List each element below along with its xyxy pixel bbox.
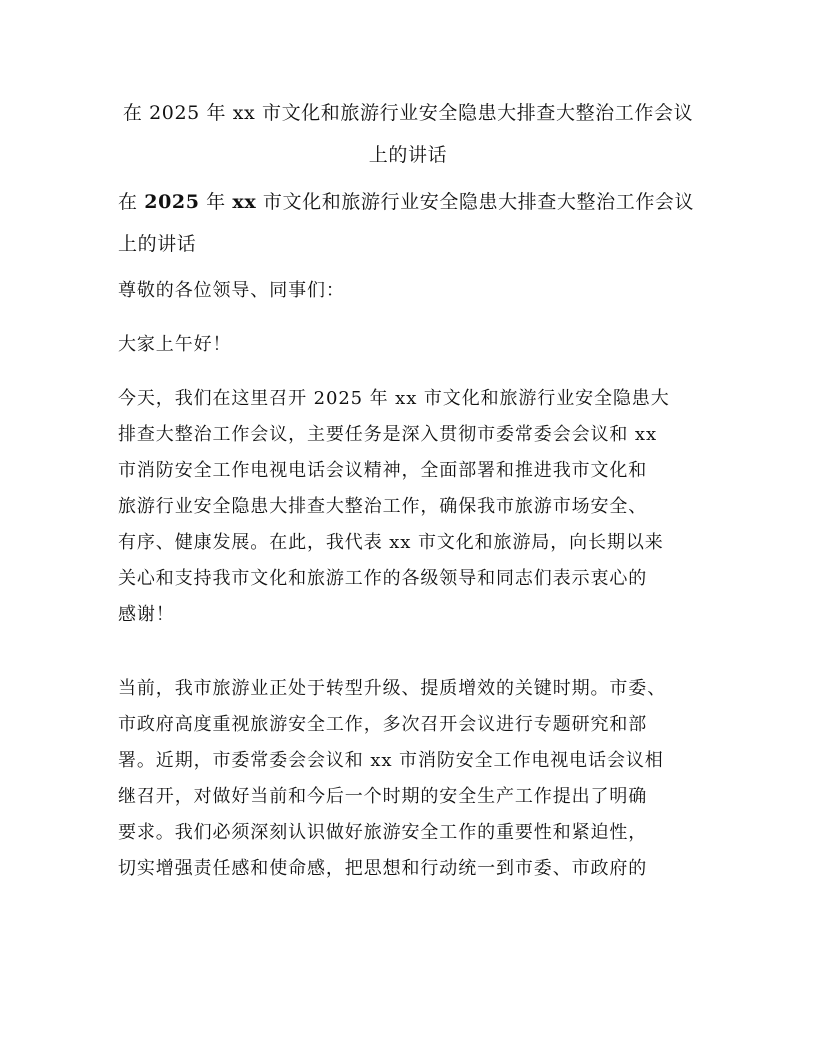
heading-line-2: 上的讲话 (118, 223, 718, 265)
heading-latin-run: xx (232, 191, 256, 213)
paragraph-line: 今天，我们在这里召开 2025 年 xx 市文化和旅游行业安全隐患大 (118, 381, 718, 417)
document-title: 在 2025 年 xx 市文化和旅游行业安全隐患大排查大整治工作会议 上的讲话 (100, 92, 716, 176)
paragraph-line: 继召开，对做好当前和今后一个时期的安全生产工作提出了明确 (118, 779, 718, 815)
paragraph-greeting: 大家上午好！ (118, 327, 718, 363)
paragraph-line: 关心和支持我市文化和旅游工作的各级领导和同志们表示衷心的 (118, 561, 718, 597)
title-line-1: 在 2025 年 xx 市文化和旅游行业安全隐患大排查大整治工作会议 (100, 92, 716, 134)
paragraph-line: 尊敬的各位领导、同事们： (118, 273, 718, 309)
paragraph-salutation: 尊敬的各位领导、同事们： (118, 273, 718, 309)
paragraph-line: 切实增强责任感和使命感，把思想和行动统一到市委、市政府的 (118, 851, 718, 887)
paragraph-line: 大家上午好！ (118, 327, 718, 363)
heading-latin-run: 2025 (144, 191, 199, 213)
paragraph-line: 排查大整治工作会议，主要任务是深入贯彻市委常委会会议和 xx (118, 417, 718, 453)
paragraph-line: 旅游行业安全隐患大排查大整治工作，确保我市旅游市场安全、 (118, 489, 718, 525)
paragraph-line: 市消防安全工作电视电话会议精神，全面部署和推进我市文化和 (118, 453, 718, 489)
title-line-2: 上的讲话 (100, 134, 716, 176)
paragraph-line: 市政府高度重视旅游安全工作，多次召开会议进行专题研究和部 (118, 707, 718, 743)
document-page: 在 2025 年 xx 市文化和旅游行业安全隐患大排查大整治工作会议 上的讲话 … (0, 0, 816, 1056)
paragraph-current-situation: 当前，我市旅游业正处于转型升级、提质增效的关键时期。市委、 市政府高度重视旅游安… (118, 671, 718, 887)
paragraph-line: 感谢！ (118, 597, 718, 633)
document-heading: 在 2025 年 xx 市文化和旅游行业安全隐患大排查大整治工作会议 上的讲话 (118, 181, 718, 265)
paragraph-line: 当前，我市旅游业正处于转型升级、提质增效的关键时期。市委、 (118, 671, 718, 707)
paragraph-line: 有序、健康发展。在此，我代表 xx 市文化和旅游局，向长期以来 (118, 525, 718, 561)
paragraph-opening: 今天，我们在这里召开 2025 年 xx 市文化和旅游行业安全隐患大 排查大整治… (118, 381, 718, 633)
paragraph-line: 要求。我们必须深刻认识做好旅游安全工作的重要性和紧迫性， (118, 815, 718, 851)
paragraph-line: 署。近期，市委常委会会议和 xx 市消防安全工作电视电话会议相 (118, 743, 718, 779)
heading-line-1: 在 2025 年 xx 市文化和旅游行业安全隐患大排查大整治工作会议 (118, 181, 718, 223)
